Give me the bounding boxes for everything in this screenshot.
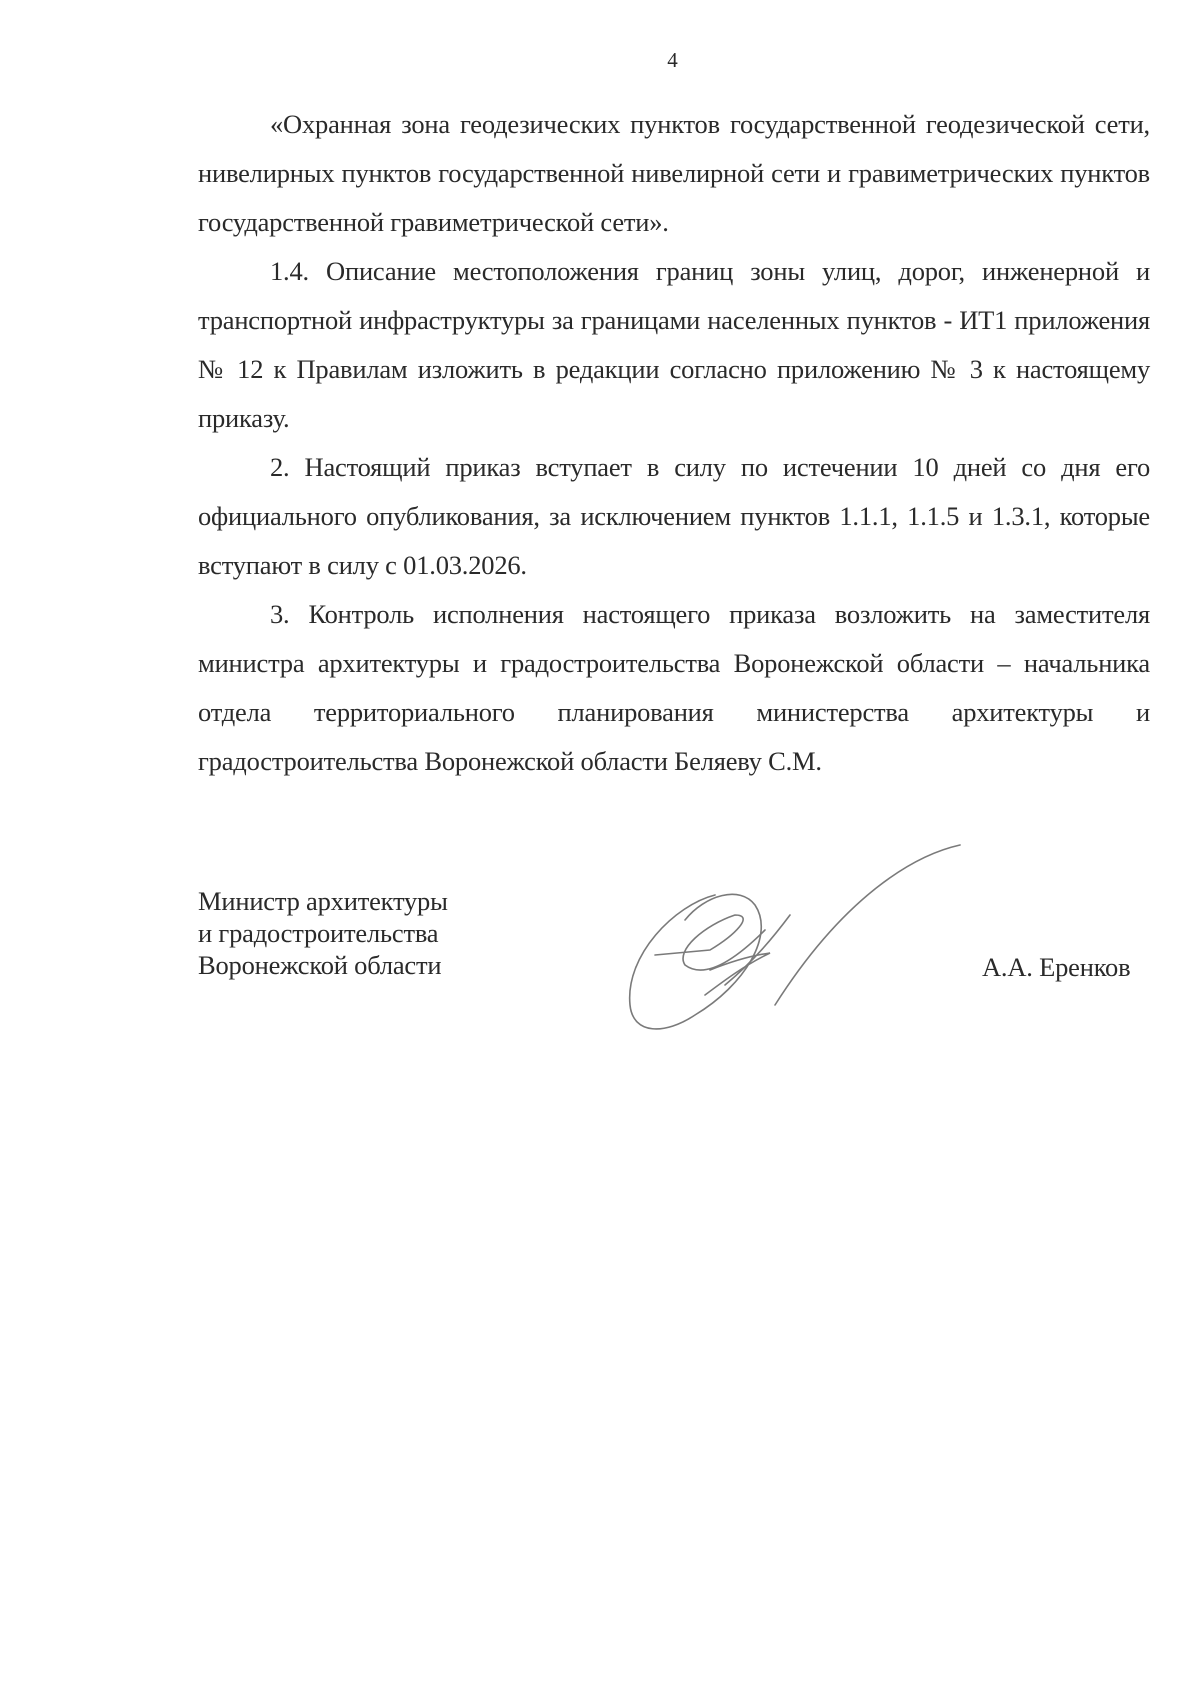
signatory-position: Министр архитектуры и градостроительства… bbox=[198, 885, 448, 981]
paragraph-1-4: 1.4. Описание местоположения границ зоны… bbox=[198, 247, 1150, 443]
page-number: 4 bbox=[0, 48, 1200, 73]
document-body: «Охранная зона геодезических пунктов гос… bbox=[198, 100, 1150, 786]
paragraph-protection-zone: «Охранная зона геодезических пунктов гос… bbox=[198, 100, 1150, 247]
position-line: Министр архитектуры bbox=[198, 885, 448, 917]
position-line: и градостроительства bbox=[198, 917, 448, 949]
paragraph-2: 2. Настоящий приказ вступает в силу по и… bbox=[198, 443, 1150, 590]
signatory-name: А.А. Еренков bbox=[982, 952, 1130, 983]
position-line: Воронежской области bbox=[198, 949, 448, 981]
paragraph-3: 3. Контроль исполнения настоящего приказ… bbox=[198, 590, 1150, 786]
handwritten-signature-icon bbox=[615, 835, 975, 1035]
